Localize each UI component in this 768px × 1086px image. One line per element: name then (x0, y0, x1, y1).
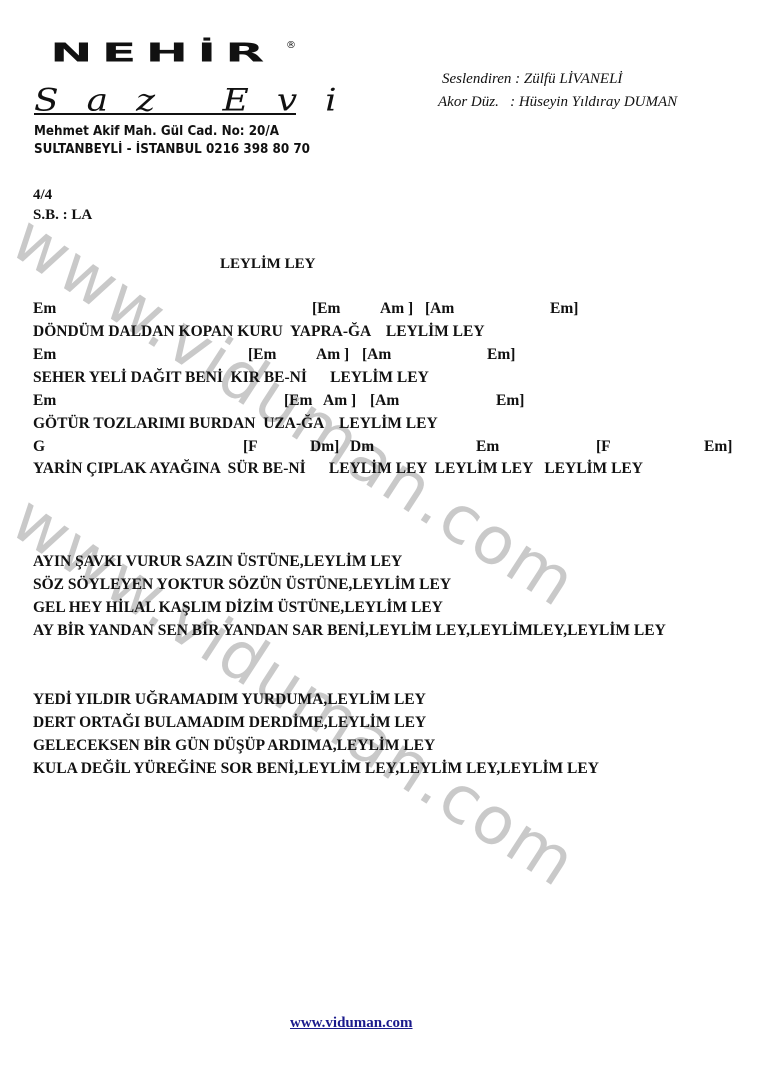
logo-underline (34, 113, 296, 115)
time-signature: 4/4 (33, 187, 52, 204)
key-signature: S.B. : LA (33, 207, 92, 224)
arranger-credit: Akor Düz. : Hüseyin Yıldıray DUMAN (438, 94, 677, 111)
lyric-line: KULA DEĞİL YÜREĞİNE SOR BENİ,LEYLİM LEY,… (33, 760, 599, 778)
address-line-2: SULTANBEYLİ - İSTANBUL 0216 398 80 70 (34, 142, 310, 157)
lyric-line: AYIN ŞAVKI VURUR SAZIN ÜSTÜNE,LEYLİM LEY (33, 553, 402, 571)
chord: [Em (312, 300, 340, 318)
lyric-line: YEDİ YILDIR UĞRAMADIM YURDUMA,LEYLİM LEY (33, 691, 426, 709)
performer-credit: Seslendiren : Zülfü LİVANELİ (442, 71, 622, 88)
chord: Em] (496, 392, 524, 410)
chord: Em (33, 392, 56, 410)
lyric-line: YARİN ÇIPLAK AYAĞINA SÜR BE-Nİ LEYLİM LE… (33, 460, 643, 478)
chord: [Em (284, 392, 312, 410)
chord: Am ] (316, 346, 349, 364)
chord: Em] (550, 300, 578, 318)
lyric-line: DERT ORTAĞI BULAMADIM DERDİME,LEYLİM LEY (33, 714, 426, 732)
chord: [Am (362, 346, 391, 364)
chord: Am ] (380, 300, 413, 318)
lyric-line: GELECEKSEN BİR GÜN DÜŞÜP ARDIMA,LEYLİM L… (33, 737, 435, 755)
lyric-line: DÖNDÜM DALDAN KOPAN KURU YAPRA-ĞA LEYLİM… (33, 323, 485, 341)
chord: [F (243, 438, 258, 456)
registered-mark: ® (286, 40, 296, 51)
chord: Em] (704, 438, 732, 456)
chord: Em (476, 438, 499, 456)
song-title: LEYLİM LEY (220, 256, 315, 273)
chord: Am ] (323, 392, 356, 410)
chord: [Em (248, 346, 276, 364)
chord: Em] (487, 346, 515, 364)
chord: [F (596, 438, 611, 456)
brand-name: NEHİR (50, 38, 273, 68)
chord: G (33, 438, 45, 456)
chord: Dm] (310, 438, 339, 456)
footer-website-link[interactable]: www.viduman.com (290, 1015, 413, 1032)
chord: [Am (370, 392, 399, 410)
lyric-line: AY BİR YANDAN SEN BİR YANDAN SAR BENİ,LE… (33, 622, 666, 640)
lyric-line: GEL HEY HİLAL KAŞLIM DİZİM ÜSTÜNE,LEYLİM… (33, 599, 443, 617)
lyric-line: GÖTÜR TOZLARIMI BURDAN UZA-ĞA LEYLİM LEY (33, 415, 438, 433)
lyric-line: SEHER YELİ DAĞIT BENİ KIR BE-Nİ LEYLİM L… (33, 369, 429, 387)
chord: Em (33, 346, 56, 364)
chord: Em (33, 300, 56, 318)
lyric-line: SÖZ SÖYLEYEN YOKTUR SÖZÜN ÜSTÜNE,LEYLİM … (33, 576, 451, 594)
address-line-1: Mehmet Akif Mah. Gül Cad. No: 20/A (34, 124, 279, 139)
chord: Dm (350, 438, 374, 456)
chord: [Am (425, 300, 454, 318)
